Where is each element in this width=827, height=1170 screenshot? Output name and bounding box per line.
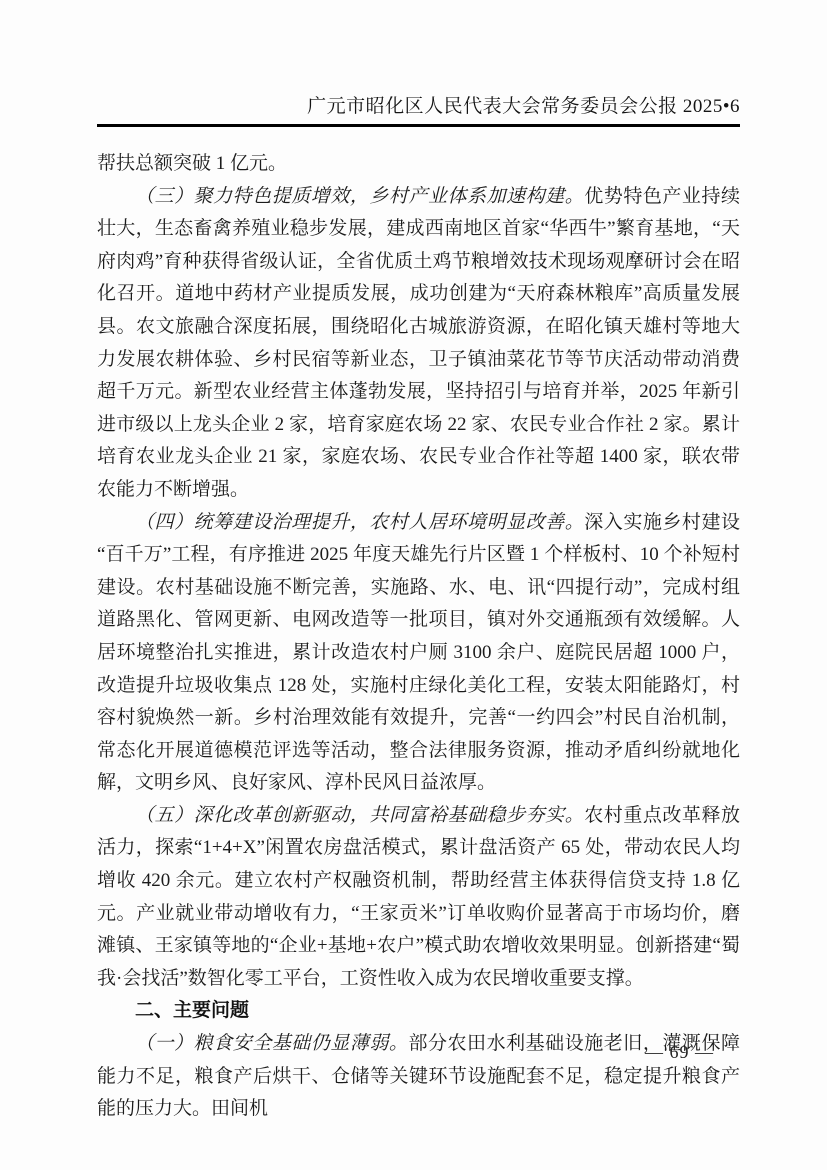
paragraph-section-5-text: 农村重点改革释放活力，探索“1+4+X”闲置农房盘活模式，累计盘活资产 65 处… [97,805,740,989]
paragraph-section-5: （五）深化改革创新驱动，共同富裕基础稳步夯实。农村重点改革释放活力，探索“1+4… [97,800,740,996]
page-number: — 69 — [645,1042,714,1062]
paragraph-continuation: 帮扶总额突破 1 亿元。 [97,148,740,181]
paragraph-section-4-text: 深入实施乡村建设“百千万”工程，有序推进 2025 年度天雄先行片区暨 1 个样… [97,512,740,794]
paragraph-continuation-text: 帮扶总额突破 1 亿元。 [97,153,287,174]
header-title: 广元市昭化区人民代表大会常务委员会公报 2025•6 [97,95,740,119]
paragraph-section-3-lead: （三）聚力特色提质增效，乡村产业体系加速构建。 [135,186,584,207]
paragraph-section-3: （三）聚力特色提质增效，乡村产业体系加速构建。优势特色产业持续壮大，生态畜禽养殖… [97,181,740,507]
paragraph-section-3-text: 优势特色产业持续壮大，生态畜禽养殖业稳步发展，建成西南地区首家“华西牛”繁育基地… [97,186,740,500]
header-rule [97,124,740,127]
paragraph-section-4-lead: （四）统筹建设治理提升，农村人居环境明显改善。 [135,512,584,533]
paragraph-issue-1: （一）粮食安全基础仍显薄弱。部分农田水利基础设施老旧，灌溉保障能力不足，粮食产后… [97,1028,740,1126]
page-header: 广元市昭化区人民代表大会常务委员会公报 2025•6 [97,95,740,127]
document-body: 帮扶总额突破 1 亿元。 （三）聚力特色提质增效，乡村产业体系加速构建。优势特色… [97,148,740,1126]
bulletin-page: 广元市昭化区人民代表大会常务委员会公报 2025•6 帮扶总额突破 1 亿元。 … [0,0,827,1170]
paragraph-section-4: （四）统筹建设治理提升，农村人居环境明显改善。深入实施乡村建设“百千万”工程，有… [97,507,740,800]
paragraph-issue-1-lead: （一）粮食安全基础仍显薄弱。 [135,1033,408,1054]
section-heading-main-problems: 二、主要问题 [97,995,740,1028]
paragraph-section-5-lead: （五）深化改革创新驱动，共同富裕基础稳步夯实。 [135,805,584,826]
